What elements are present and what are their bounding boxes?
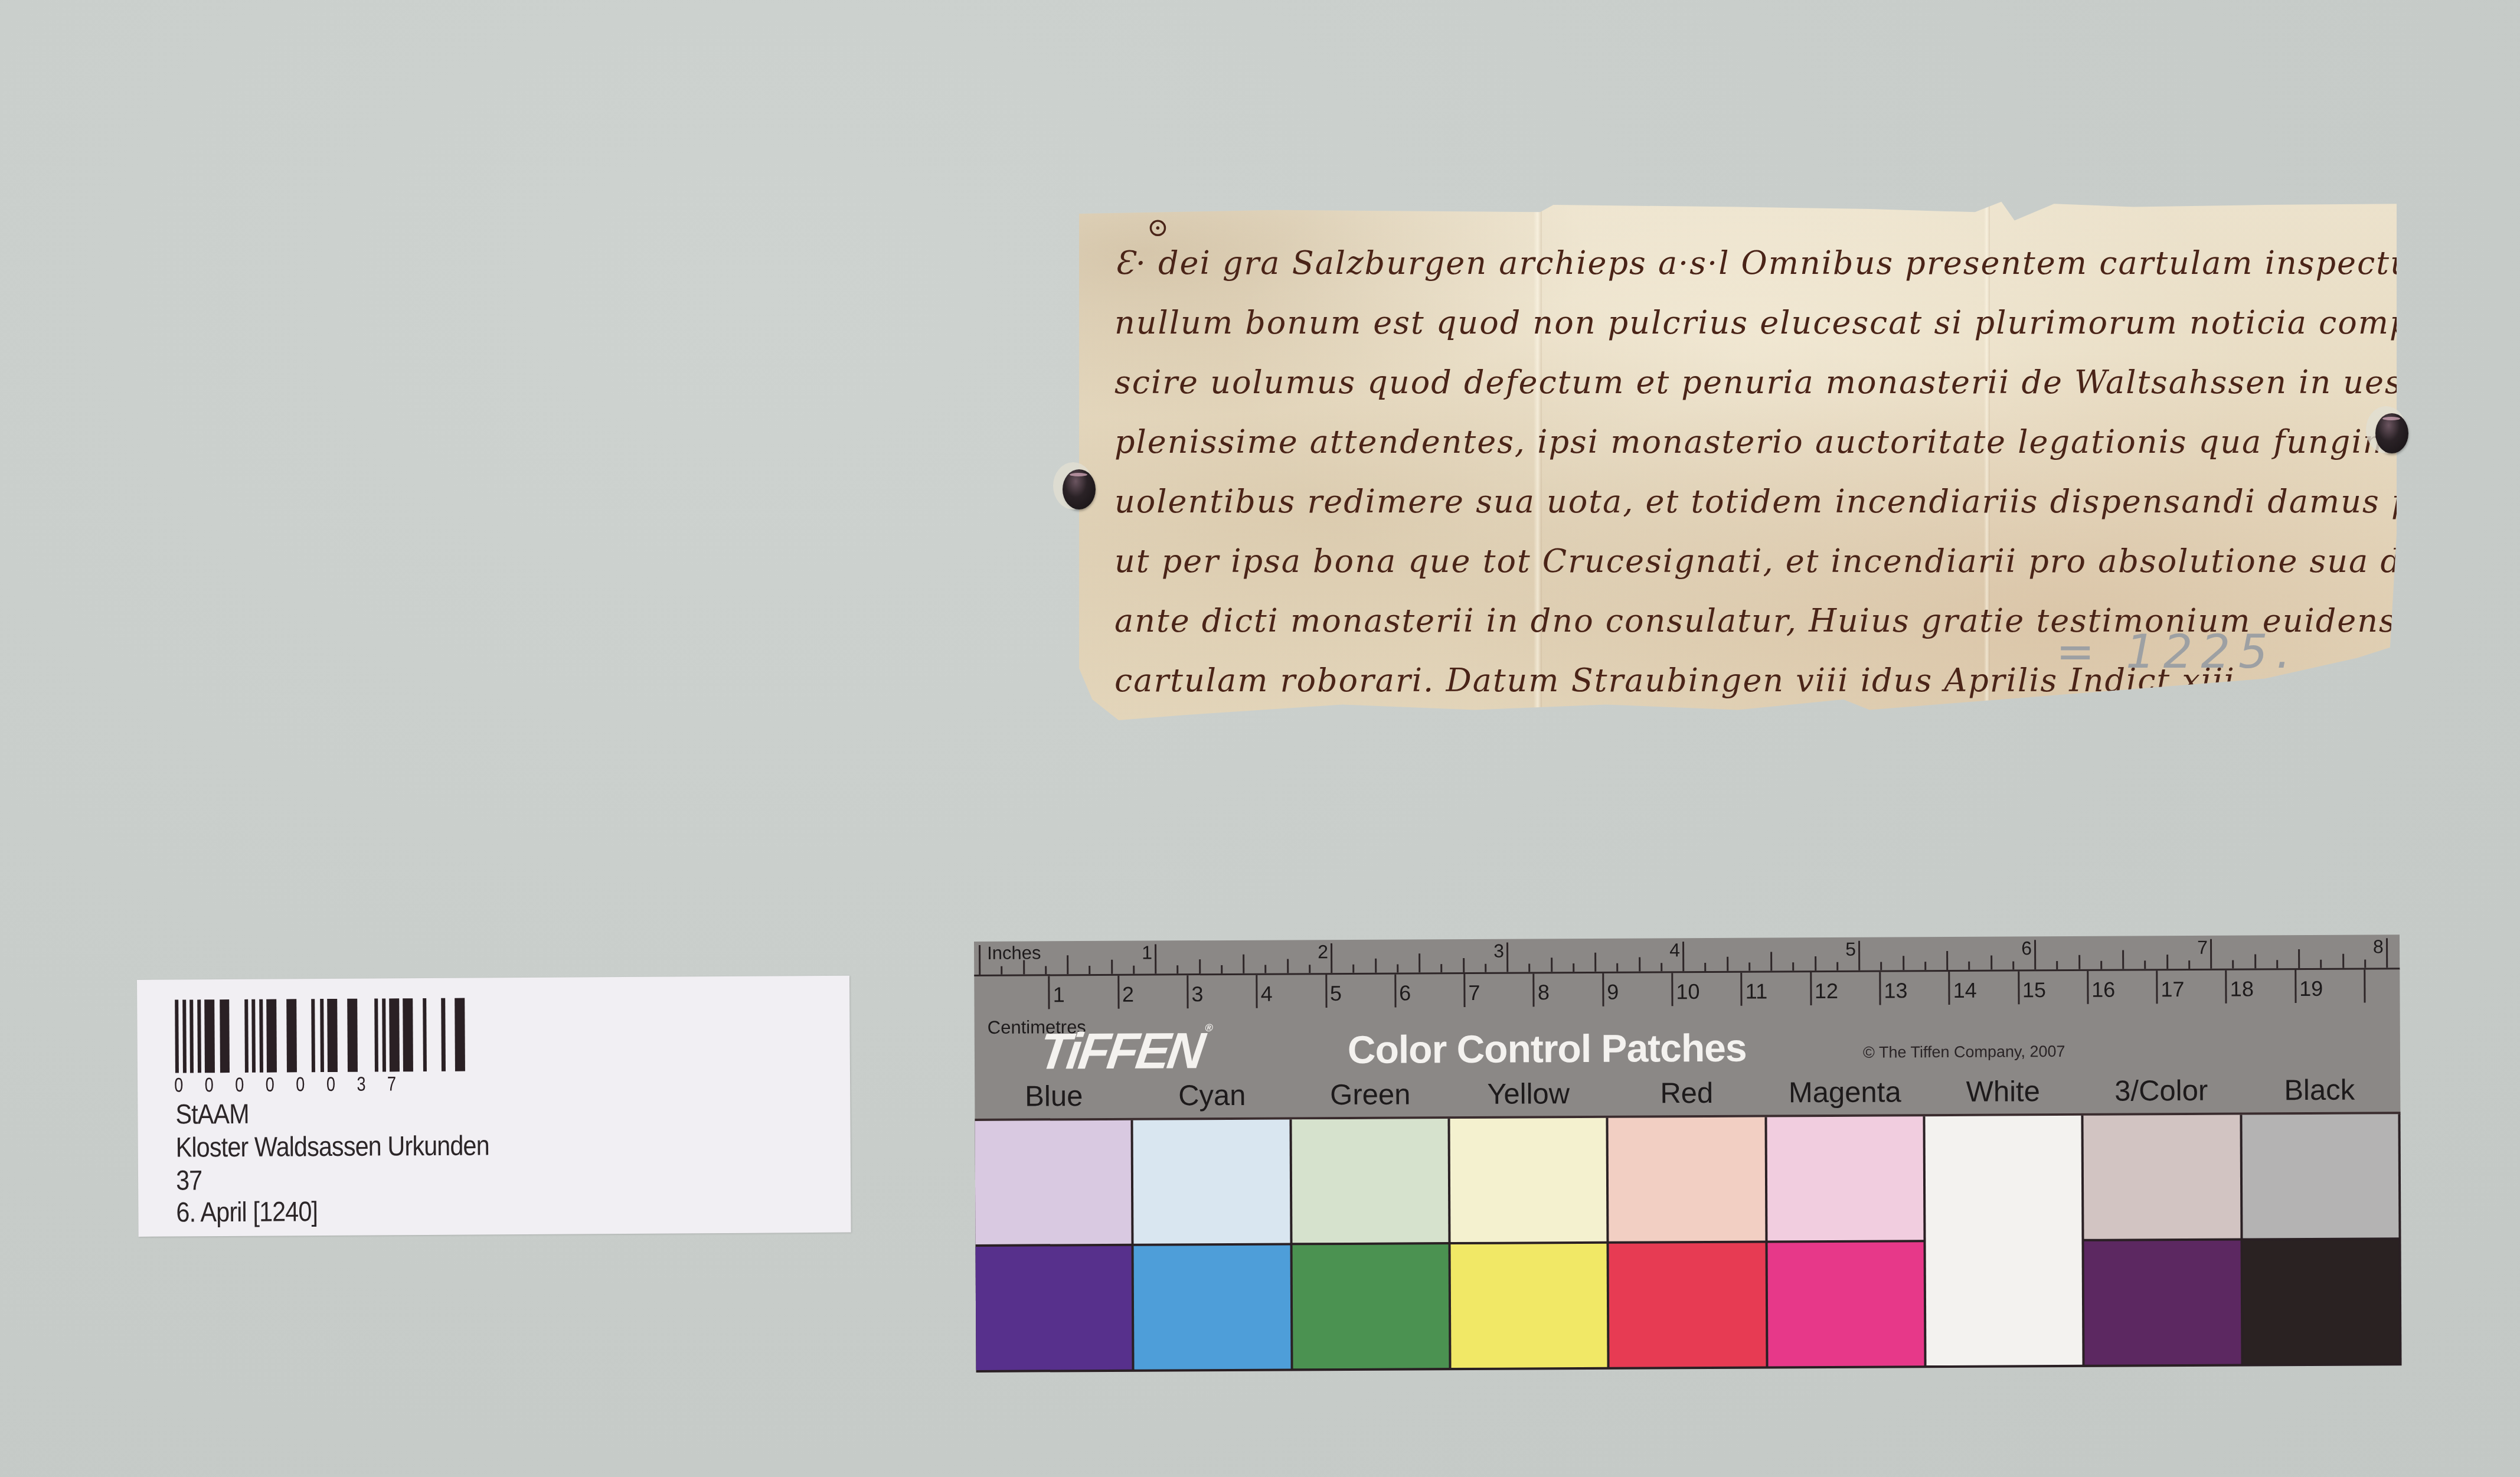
inch-number: 7	[2197, 937, 2208, 959]
inch-tick	[1704, 963, 1706, 971]
cm-tick	[1394, 975, 1396, 1008]
barcode-bar	[205, 999, 215, 1073]
inch-number: 4	[1669, 939, 1680, 961]
cm-tick	[2156, 970, 2158, 1004]
patch-label-green: Green	[1291, 1078, 1449, 1112]
tiffen-logo: TiFFEN®	[1035, 1022, 1211, 1081]
patch-label-white: White	[1924, 1075, 2082, 1109]
patch-black-dark	[2243, 1240, 2399, 1364]
archive-label: 0 0 0 0 0 0 3 7 StAAM Kloster Waldsassen…	[137, 976, 851, 1237]
inch-tick	[2386, 938, 2388, 968]
barcode-bar	[189, 999, 194, 1073]
cm-number: 10	[1676, 979, 1699, 1004]
inch-tick	[1815, 956, 1816, 970]
barcode-bar	[251, 999, 256, 1073]
patch-magenta-dark	[1767, 1242, 1924, 1366]
inch-tick	[2166, 955, 2168, 969]
inch-tick	[2276, 960, 2278, 968]
barcode-bar	[311, 999, 315, 1072]
barcode-bar	[327, 999, 338, 1072]
patch-blue-light	[975, 1120, 1131, 1244]
color-control-chart: Inches Centimetres TiFFEN® Color Control…	[974, 934, 2402, 1373]
inch-tick	[1067, 955, 1068, 974]
inch-number: 1	[1142, 942, 1152, 964]
inch-tick	[1375, 959, 1377, 973]
inch-tick	[2188, 960, 2190, 969]
cm-number: 5	[1330, 981, 1342, 1006]
barcode-bar	[220, 999, 230, 1073]
barcode-bar	[455, 998, 466, 1071]
cm-tick	[1256, 975, 1257, 1008]
patch-label-3color: 3/Color	[2082, 1074, 2240, 1108]
inch-tick	[1594, 953, 1596, 972]
inch-tick	[1682, 942, 1684, 971]
cm-number: 18	[2230, 976, 2254, 1001]
cm-tick	[1048, 976, 1050, 1009]
cm-tick	[1117, 976, 1119, 1009]
inch-tick	[1924, 962, 1926, 970]
patch-black-light	[2242, 1114, 2398, 1238]
patch-cyan-dark	[1134, 1245, 1290, 1369]
inch-tick	[1287, 959, 1289, 973]
inch-tick	[1968, 962, 1970, 970]
cm-number: 7	[1468, 981, 1480, 1005]
patch-3color-light	[2084, 1115, 2240, 1239]
document-number: 37	[176, 1164, 202, 1196]
inch-tick	[1946, 951, 1948, 970]
patch-green-light	[1292, 1119, 1448, 1243]
cm-number: 9	[1607, 980, 1619, 1005]
inch-tick	[2012, 961, 2014, 969]
inch-tick	[1792, 962, 1794, 970]
inch-tick	[2254, 954, 2256, 968]
inch-tick	[2320, 960, 2322, 968]
inch-tick	[1463, 958, 1465, 972]
inch-number: 5	[1845, 939, 1856, 960]
patch-3color-dark	[2084, 1241, 2241, 1365]
patch-red-light	[1609, 1117, 1765, 1241]
patch-yellow-light	[1450, 1118, 1606, 1242]
manuscript-line: plenissime attendentes, ipsi monasterio …	[1114, 412, 2373, 472]
parchment-charter: ⊙ Ɛ· dei gra Salzburgen archieps a·s·l O…	[1079, 201, 2397, 720]
barcode-bar	[182, 999, 187, 1073]
mounting-pin-icon	[2375, 413, 2408, 453]
inch-tick	[2144, 960, 2146, 969]
cm-number: 14	[1953, 978, 1977, 1003]
patch-white-light	[1925, 1116, 2082, 1365]
inch-tick	[1903, 956, 1904, 970]
inch-number: 8	[2373, 936, 2384, 958]
barcode-bar	[175, 1000, 179, 1073]
cm-tick	[1810, 972, 1812, 1005]
inch-tick	[1990, 956, 1992, 970]
barcode-bar	[389, 998, 400, 1071]
inch-tick	[1858, 941, 1860, 970]
cm-number: 12	[1815, 979, 1838, 1004]
cm-tick	[1602, 973, 1604, 1007]
inch-tick	[2056, 961, 2058, 969]
barcode-bar	[347, 999, 358, 1072]
cm-number: 8	[1538, 980, 1550, 1005]
cm-tick	[1879, 972, 1881, 1005]
manuscript-line: ut per ipsa bona que tot Crucesignati, e…	[1114, 531, 2373, 591]
cm-tick	[2018, 971, 2019, 1004]
inch-tick	[1661, 963, 1662, 971]
cm-tick	[2225, 970, 2227, 1004]
inch-tick	[1352, 965, 1354, 973]
inch-tick	[1573, 963, 1574, 972]
cm-number: 3	[1191, 982, 1203, 1007]
patch-label-magenta: Magenta	[1766, 1076, 1924, 1109]
patch-green-dark	[1292, 1244, 1449, 1368]
inch-tick	[1133, 966, 1135, 974]
inch-number: 2	[1318, 941, 1328, 963]
inch-tick	[1309, 965, 1310, 973]
manuscript-line: Ɛ· dei gra Salzburgen archieps a·s·l Omn…	[1114, 233, 2373, 293]
cm-tick	[1671, 973, 1673, 1006]
cm-tick	[1463, 974, 1465, 1007]
barcode-bar	[267, 999, 277, 1073]
cm-number: 4	[1261, 982, 1273, 1007]
patch-red-dark	[1609, 1243, 1766, 1367]
patch-label-cyan: Cyan	[1133, 1079, 1291, 1112]
inch-tick	[1485, 964, 1486, 972]
inch-tick	[2122, 950, 2124, 969]
inch-tick	[2034, 940, 2036, 969]
document-date: 6. April [1240]	[176, 1195, 318, 1228]
archive-name: StAAM	[175, 1097, 249, 1130]
patch-blue-dark	[976, 1246, 1132, 1370]
inch-number: 6	[2021, 937, 2032, 959]
mounting-pin-icon	[1063, 469, 1096, 509]
inch-tick	[1397, 964, 1398, 972]
inch-tick	[1001, 966, 1002, 975]
inch-tick	[1506, 943, 1508, 972]
copyright-notice: © The Tiffen Company, 2007	[1863, 1043, 2065, 1062]
inch-tick	[1199, 959, 1201, 973]
inch-tick	[1616, 963, 1618, 972]
inch-tick	[1748, 963, 1750, 971]
manuscript-line: scire uolumus quod defectum et penuria m…	[1114, 352, 2373, 412]
inch-tick	[1023, 960, 1025, 975]
cm-number: 6	[1399, 981, 1411, 1005]
inch-tick	[2078, 955, 2080, 969]
cm-tick	[1187, 975, 1188, 1008]
cm-number: 11	[1746, 979, 1768, 1004]
cm-number: 16	[2091, 978, 2115, 1002]
patch-magenta-light	[1767, 1116, 1923, 1240]
barcode-bar	[244, 999, 249, 1073]
inch-tick	[1155, 944, 1156, 973]
barcode-bar	[320, 999, 324, 1072]
barcode-bar	[286, 999, 297, 1072]
manuscript-line: uolentibus redimere sua uota, et totidem…	[1114, 472, 2373, 531]
inch-tick	[2364, 959, 2366, 968]
barcode-bar	[374, 999, 378, 1072]
chart-header: Inches Centimetres TiFFEN® Color Control…	[974, 934, 2400, 1121]
inch-tick	[2298, 949, 2300, 968]
inch-tick	[1089, 966, 1090, 974]
barcode-digits: 0 0 0 0 0 0 3 7	[174, 1073, 396, 1097]
inch-tick	[1528, 963, 1530, 972]
cm-tick	[2364, 969, 2365, 1002]
inch-tick	[1243, 955, 1244, 973]
cm-tick	[1533, 973, 1535, 1007]
inch-tick	[1418, 953, 1420, 972]
cm-number: 1	[1053, 982, 1065, 1007]
inch-tick	[1440, 964, 1442, 972]
inch-tick	[1045, 966, 1047, 974]
patch-label-yellow: Yellow	[1449, 1077, 1607, 1111]
barcode	[175, 998, 465, 1073]
patch-cyan-light	[1133, 1119, 1290, 1243]
inch-tick	[1264, 965, 1266, 973]
cm-number: 19	[2299, 976, 2323, 1001]
inch-tick	[1221, 965, 1223, 973]
patch-label-black: Black	[2240, 1073, 2398, 1107]
patch-label-red: Red	[1607, 1076, 1766, 1110]
inch-number: 3	[1493, 940, 1504, 962]
cm-tick	[2295, 970, 2296, 1003]
patch-yellow-dark	[1451, 1244, 1607, 1368]
inch-tick	[1331, 943, 1332, 973]
cm-number: 2	[1122, 982, 1134, 1007]
barcode-bar	[442, 998, 446, 1071]
inches-label: Inches	[987, 942, 1041, 963]
inch-tick	[1836, 962, 1838, 970]
inch-tick	[1639, 957, 1640, 971]
cm-number: 17	[2161, 977, 2184, 1002]
inch-tick	[1770, 952, 1772, 970]
cm-number: 15	[2022, 978, 2046, 1002]
inch-tick	[2342, 954, 2344, 968]
color-patches-grid	[975, 1114, 2401, 1373]
barcode-bar	[423, 998, 427, 1071]
cm-tick	[2087, 971, 2088, 1004]
cm-tick	[1325, 975, 1327, 1008]
cm-tick	[1948, 972, 1950, 1005]
inch-tick	[1880, 962, 1882, 970]
inch-tick	[1111, 960, 1113, 974]
inch-tick	[2232, 960, 2234, 969]
barcode-bar	[382, 998, 386, 1071]
barcode-bar	[259, 999, 263, 1073]
barcode-bar	[403, 998, 413, 1071]
chart-title: Color Control Patches	[1348, 1025, 1747, 1072]
patch-label-blue: Blue	[975, 1080, 1133, 1113]
inch-tick	[1551, 958, 1552, 972]
inch-tick	[2210, 939, 2212, 969]
cm-tick	[1741, 973, 1743, 1006]
inch-tick	[2100, 961, 2102, 969]
manuscript-line: nullum bonum est quod non pulcrius eluce…	[1114, 293, 2373, 352]
cm-number: 13	[1884, 978, 1907, 1003]
barcode-bar	[197, 999, 201, 1073]
inch-tick	[979, 945, 980, 975]
collection-name: Kloster Waldsassen Urkunden	[176, 1129, 489, 1163]
inch-tick	[1176, 965, 1178, 973]
pencil-date-annotation: = 1225.	[2056, 626, 2299, 679]
inch-tick	[1727, 957, 1728, 971]
